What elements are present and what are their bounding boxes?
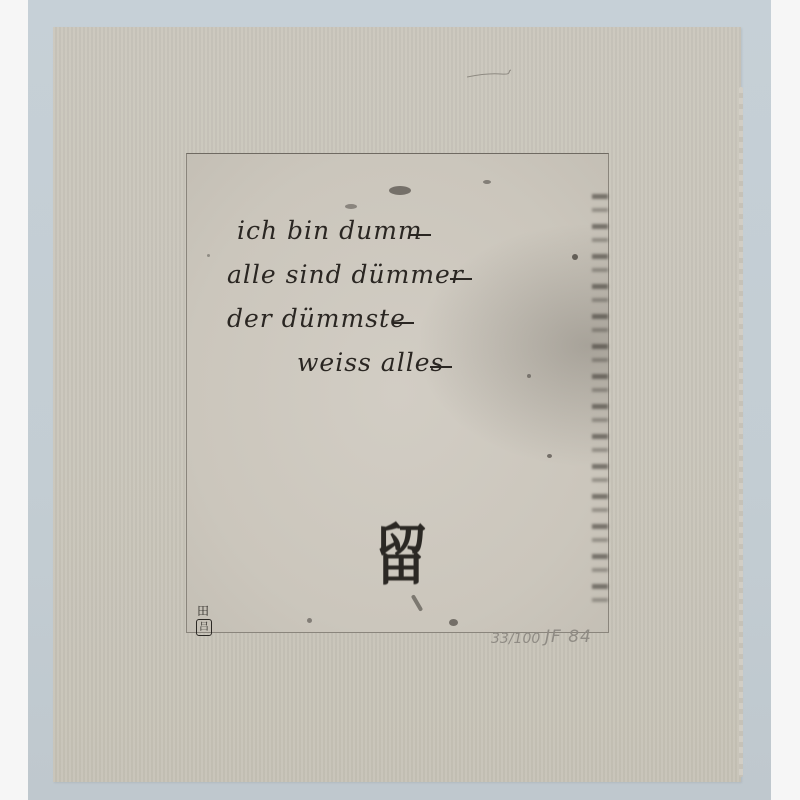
etching-plate: ich bin dumm alle sind dümmer der dümmst… [186, 153, 609, 633]
paper-sheet: ich bin dumm alle sind dümmer der dümmst… [53, 27, 741, 782]
plate-edge-wear [592, 194, 608, 614]
poem-line-1: ich bin dumm [237, 216, 423, 245]
calligraphy-character: 留 [375, 502, 428, 597]
poem-line-2: alle sind dümmer [227, 260, 464, 289]
ink-speck [449, 619, 458, 626]
paper-crease [467, 67, 511, 81]
ink-speck [345, 204, 357, 209]
ink-speck [572, 254, 578, 260]
ink-speck [389, 186, 411, 195]
artist-signature: JF 84 [545, 627, 592, 647]
ink-speck [527, 374, 531, 378]
artist-seal-small: 田 [197, 602, 209, 619]
ink-speck [547, 454, 552, 458]
poem-line-3: der dümmste [227, 304, 406, 333]
ink-speck [307, 618, 312, 623]
poem-line-4: weiss alles [297, 348, 444, 377]
artist-seal-square: 吕 [196, 619, 212, 636]
ink-speck [207, 254, 210, 257]
ink-speck [483, 180, 491, 184]
deckled-edge [739, 87, 743, 777]
edition-number: 33/100 [491, 631, 540, 647]
